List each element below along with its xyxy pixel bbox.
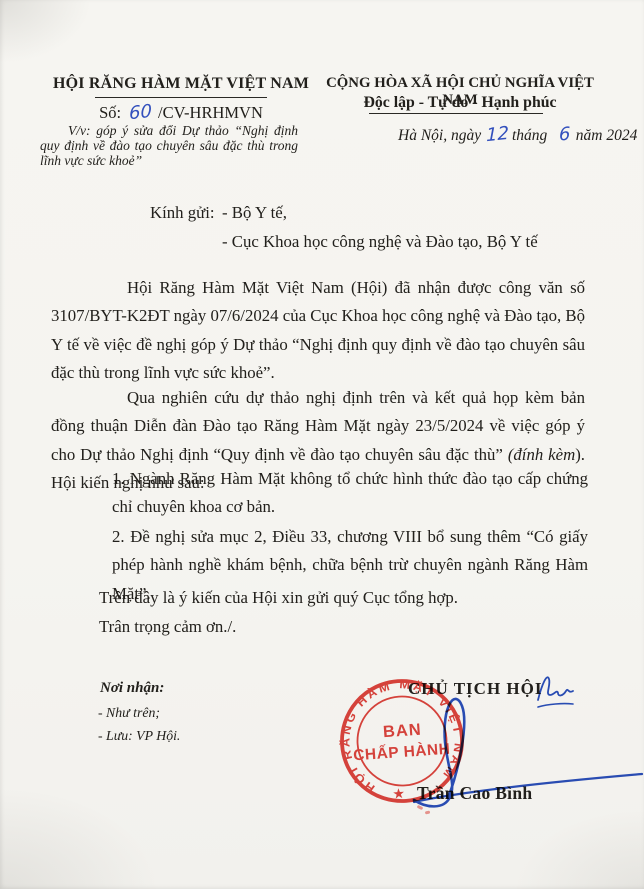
- paragraph-1: Hội Răng Hàm Mặt Việt Nam (Hội) đã nhận …: [51, 274, 585, 388]
- handwritten-signature: [330, 660, 644, 830]
- motto-underline: [369, 113, 543, 114]
- signature-initials-scribble: [538, 677, 573, 700]
- recipients-label: Kính gửi:: [150, 199, 215, 227]
- org-name: HỘI RĂNG HÀM MẶT VIỆT NAM: [38, 75, 324, 93]
- subject-line: V/v: góp ý sửa đổi Dự thảo “Nghị định qu…: [40, 123, 298, 169]
- closing-line-2: Trân trọng cảm ơn./.: [99, 613, 236, 641]
- doc-number-line: Số:60/CV-HRHMVN: [38, 102, 324, 123]
- date-mid: tháng: [512, 127, 547, 144]
- scanned-official-letter: HỘI RĂNG HÀM MẶT VIỆT NAM Số:60/CV-HRHMV…: [0, 0, 644, 889]
- noi-nhan-item: - Lưu: VP Hội.: [98, 728, 180, 744]
- date-suffix: năm 2024: [576, 127, 638, 144]
- paragraph-2-text: Qua nghiên cứu dự thảo nghị định trên và…: [51, 388, 585, 464]
- day-handwritten: 12: [486, 123, 509, 147]
- recipient-item: - Cục Khoa học công nghệ và Đào tạo, Bộ …: [222, 228, 538, 256]
- national-motto: Độc lập - Tự do - Hạnh phúc: [308, 94, 612, 112]
- paragraph-2-attachment-note: (đính kèm: [508, 445, 575, 464]
- numbered-item-1: 1. Ngành Răng Hàm Mặt không tổ chức hình…: [112, 465, 588, 522]
- place-date-line: Hà Nội, ngày12tháng6năm 2024: [398, 124, 637, 145]
- recipient-item: - Bộ Y tế,: [222, 199, 287, 227]
- doc-number-suffix: /CV-HRHMVN: [158, 103, 263, 122]
- noi-nhan-item: - Như trên;: [98, 705, 160, 721]
- doc-number-label: Số:: [99, 103, 121, 122]
- doc-number-handwritten: 60: [129, 101, 152, 125]
- signature-loop: [414, 699, 464, 806]
- date-prefix: Hà Nội, ngày: [398, 127, 481, 144]
- noi-nhan-label: Nơi nhận:: [100, 680, 164, 697]
- closing-line-1: Trên đây là ý kiến của Hội xin gửi quý C…: [99, 584, 458, 612]
- signature-initials-underline: [538, 704, 573, 707]
- org-name-underline: [95, 97, 267, 98]
- month-handwritten: 6: [559, 123, 570, 145]
